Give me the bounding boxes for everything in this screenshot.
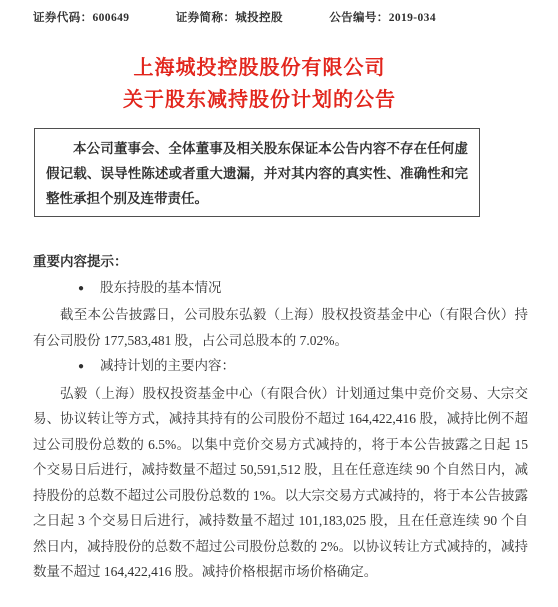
document-header: 证券代码：600649 证券简称：城投控股 公告编号：2019-034 <box>33 9 436 25</box>
stock-short-name: 证券简称：城投控股 <box>176 9 283 25</box>
bullet-icon: ● <box>78 276 84 302</box>
important-notice-section: 重要内容提示： ● 股东持股的基本情况 截至本公告披露日，公司股东弘毅（上海）股… <box>33 249 528 585</box>
bullet-label-shareholding: 股东持股的基本情况 <box>100 275 222 301</box>
notice-heading: 重要内容提示： <box>33 249 528 275</box>
bullet-icon: ● <box>78 354 84 380</box>
company-title-line: 上海城投控股股份有限公司 <box>12 52 507 84</box>
disclaimer-box: 本公司董事会、全体董事及相关股东保证本公告内容不存在任何虚假记载、误导性陈述或者… <box>34 128 480 217</box>
stock-code: 证券代码：600649 <box>33 9 129 25</box>
announcement-document: 证券代码：600649 证券简称：城投控股 公告编号：2019-034 上海城投… <box>0 0 558 607</box>
disclaimer-text: 本公司董事会、全体董事及相关股东保证本公告内容不存在任何虚假记载、误导性陈述或者… <box>46 136 468 211</box>
announcement-title-line: 关于股东减持股份计划的公告 <box>12 84 507 116</box>
page-title: 上海城投控股股份有限公司 关于股东减持股份计划的公告 <box>12 52 507 116</box>
paragraph-reduction-plan: 弘毅（上海）股权投资基金中心（有限合伙）计划通过集中竞价交易、大宗交易、协议转让… <box>33 381 528 585</box>
announcement-number: 公告编号：2019-034 <box>329 9 436 25</box>
bullet-item-shareholding: ● 股东持股的基本情况 <box>33 275 528 303</box>
paragraph-shareholding: 截至本公告披露日，公司股东弘毅（上海）股权投资基金中心（有限合伙）持有公司股份 … <box>33 302 528 353</box>
bullet-label-reduction-plan: 减持计划的主要内容： <box>100 353 235 379</box>
bullet-item-reduction-plan: ● 减持计划的主要内容： <box>33 353 528 381</box>
